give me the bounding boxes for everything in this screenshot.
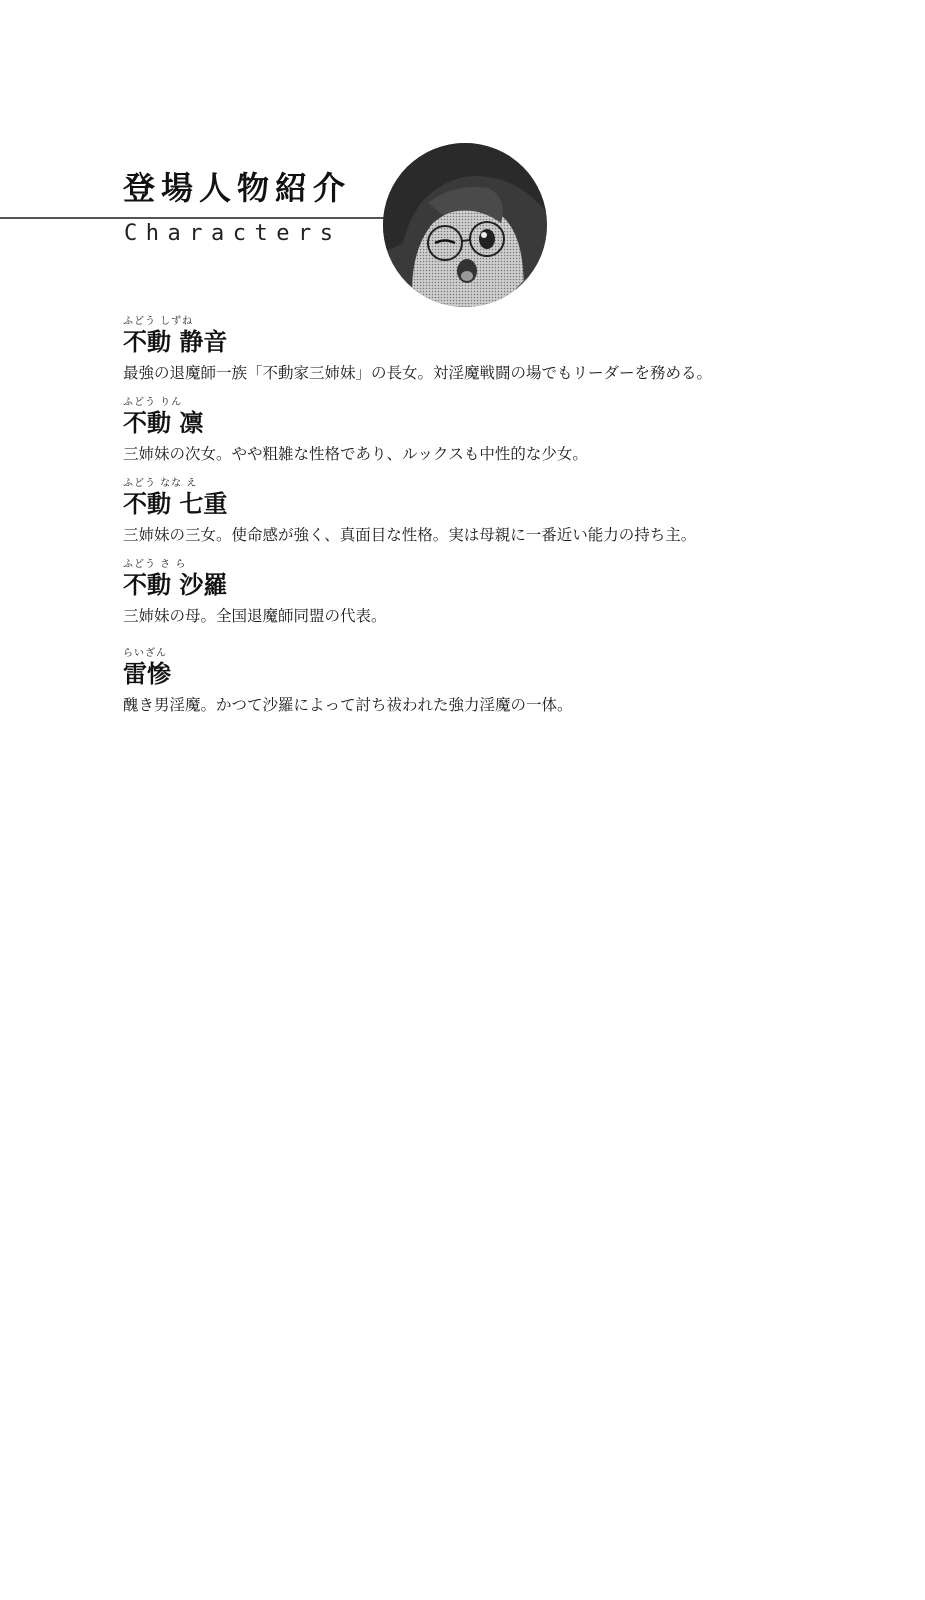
character-entry-sara: ふどう さ ら 不動 沙羅 三姉妹の母。全国退魔師同盟の代表。 [123, 559, 723, 630]
page-title: 登場人物紹介 [123, 172, 351, 204]
character-portrait-image [383, 143, 547, 307]
character-name: 不動 七重 [123, 490, 723, 518]
character-ruby: ふどう りん [123, 397, 723, 409]
portrait-illustration-icon [383, 143, 547, 307]
character-description: 三姉妹の次女。やや粗雑な性格であり、ルックスも中性的な少女。 [123, 441, 723, 468]
character-description: 三姉妹の母。全国退魔師同盟の代表。 [123, 603, 723, 630]
character-ruby: らいざん [123, 648, 723, 660]
character-name: 不動 凛 [123, 409, 723, 437]
page-subtitle: Characters [124, 222, 341, 246]
character-entry-raizan: らいざん 雷惨 醜き男淫魔。かつて沙羅によって討ち祓われた強力淫魔の一体。 [123, 648, 723, 719]
character-name: 雷惨 [123, 660, 723, 688]
character-name: 不動 沙羅 [123, 571, 723, 599]
character-list: ふどう しずね 不動 静音 最強の退魔師一族「不動家三姉妹」の長女。対淫魔戦闘の… [123, 316, 723, 729]
character-description: 最強の退魔師一族「不動家三姉妹」の長女。対淫魔戦闘の場でもリーダーを務める。 [123, 360, 723, 387]
character-entry-shizune: ふどう しずね 不動 静音 最強の退魔師一族「不動家三姉妹」の長女。対淫魔戦闘の… [123, 316, 723, 387]
character-entry-nanae: ふどう なな え 不動 七重 三姉妹の三女。使命感が強く、真面目な性格。実は母親… [123, 478, 723, 549]
character-name: 不動 静音 [123, 328, 723, 356]
character-description: 三姉妹の三女。使命感が強く、真面目な性格。実は母親に一番近い能力の持ち主。 [123, 522, 723, 549]
character-description: 醜き男淫魔。かつて沙羅によって討ち祓われた強力淫魔の一体。 [123, 692, 723, 719]
header-divider [0, 217, 395, 219]
character-entry-rin: ふどう りん 不動 凛 三姉妹の次女。やや粗雑な性格であり、ルックスも中性的な少… [123, 397, 723, 468]
